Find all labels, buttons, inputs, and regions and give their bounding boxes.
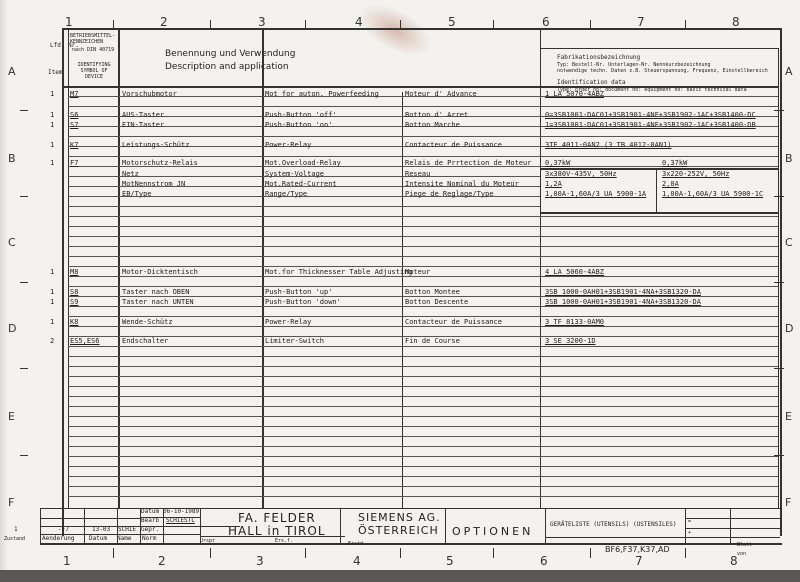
row-identification: 1 LA 5070-4ABZ	[545, 90, 604, 99]
betriebsmittel-header: BETRIEBSMITTEL-KENNZEICHEN	[70, 33, 115, 45]
row-letter-right-C: C	[785, 236, 793, 249]
row-identification-b: 1,00A-1,60A/3 UA 5900-1C	[662, 190, 763, 199]
column-number-7: 7	[637, 15, 645, 29]
tb-ersd: Erstd	[348, 541, 363, 547]
row-description-fr: Moteur d' Advance	[405, 90, 477, 99]
row-description-en: Push-Button 'off'	[265, 111, 337, 120]
row-qty: 1	[50, 90, 54, 99]
tb-eq: =	[688, 519, 691, 525]
row-identification-a: 1,00A-1,60A/3 UA 5900-1A	[545, 190, 646, 199]
column-number-6: 6	[542, 15, 550, 29]
optionen-label: OPTIONEN	[452, 525, 533, 538]
fab-title: Fabrikationsbezeichnung	[557, 55, 640, 61]
column-number-bottom-1: 1	[63, 554, 71, 568]
title-de: Benennung und Verwendung	[165, 49, 295, 59]
row-description-fr: Fin de Course	[405, 337, 460, 346]
row-description-fr: Relais de Prrtection de Moteur	[405, 159, 531, 168]
tb-norm: Norm	[142, 535, 156, 542]
row-identification: 1=3SB1001-DAC01+3SB1901-4NF+3SB1902-1AC+…	[545, 121, 756, 130]
row-description-fr: Moteur	[405, 268, 430, 277]
row-letter-A: A	[8, 65, 16, 78]
row-description-fr: Contacteur de Puissance	[405, 141, 502, 150]
siemens-name: SIEMENS AG.	[358, 511, 441, 524]
row-identification-a: 0,37kW	[545, 159, 570, 168]
row-identification: 3SB 1000-0AH01+3SB1901-4NA+3SB1320-DA	[545, 298, 701, 307]
tb-name-val: SCHIE	[118, 526, 136, 533]
tb-bearb-lbl: Bearb	[141, 517, 159, 524]
tb-name: Name	[117, 535, 131, 542]
column-number-bottom-5: 5	[446, 554, 454, 568]
row-identification-b: 2,0A	[662, 180, 679, 189]
row-symbol: S7	[70, 121, 78, 130]
row-letter-right-A: A	[785, 65, 793, 78]
tb-plus: +	[688, 530, 691, 536]
row-identification-b: 0,37kW	[662, 159, 687, 168]
row-identification-b: 3x220-252V, 50Hz	[662, 170, 729, 179]
siemens-country: ÖSTERREICH	[358, 524, 439, 537]
row-description-fr: Reseau	[405, 170, 430, 179]
list-title: GERÄTELISTE (UTENSILS) (USTENSILES)	[550, 521, 676, 528]
row-letter-E: E	[8, 410, 15, 423]
tb-bearb-val: SCHIESTL	[166, 517, 195, 524]
tb-blatt: Blatt	[737, 542, 752, 548]
row-letter-C: C	[8, 236, 16, 249]
row-identification-a: 1,2A	[545, 180, 562, 189]
row-identification-a: 3x380V-435V, 50Hz	[545, 170, 617, 179]
item-header: Item	[48, 69, 62, 76]
row-description-de: EB/Type	[122, 190, 152, 199]
column-number-3: 3	[258, 15, 266, 29]
row-identification: 3TF 4011-0AN2 (3 TB 4012-0AN1)	[545, 141, 671, 150]
tb-datum: Datum	[89, 535, 107, 542]
row-qty: 1	[50, 111, 54, 120]
row-description-en: Mot.Overload-Relay	[265, 159, 341, 168]
row-description-fr: Botton d' Arret	[405, 111, 468, 120]
row-symbol: F7	[70, 159, 78, 168]
row-description-de: Taster nach OBEN	[122, 288, 189, 297]
column-number-5: 5	[448, 15, 456, 29]
row-description-en: Mot.for Thicknesser Table Adjusting	[265, 268, 413, 277]
column-number-8: 8	[732, 15, 740, 29]
scanner-border	[0, 570, 800, 582]
row-identification: 3 TF 8133-0AM0	[545, 318, 604, 327]
row-letter-F: F	[8, 496, 14, 509]
tb-aenderung-val: -F7	[58, 526, 69, 533]
row-description-en: Push-Button 'down'	[265, 298, 341, 307]
row-description-fr: Piege de Reglage/Type	[405, 190, 494, 199]
tb-aenderung: Aenderung	[42, 535, 75, 542]
row-description-de: Leistungs-Schütz	[122, 141, 189, 150]
row-qty: 1	[50, 288, 54, 297]
row-symbol: M7	[70, 90, 78, 99]
row-letter-D: D	[8, 322, 16, 335]
row-description-de: Vorschubmotor	[122, 90, 177, 99]
row-description-fr: Botton Montee	[405, 288, 460, 297]
row-qty: 1	[50, 318, 54, 327]
row-description-fr: Contacteur de Puissance	[405, 318, 502, 327]
column-number-2: 2	[160, 15, 168, 29]
row-description-en: Power-Relay	[265, 318, 311, 327]
fab-line-2: notwendige techn. Daten z.B. Steuerspann…	[557, 68, 768, 74]
row-qty: 1	[50, 298, 54, 307]
tb-zustand-val: 1	[14, 526, 18, 533]
column-number-4: 4	[355, 15, 363, 29]
row-description-de: Endschalter	[122, 337, 168, 346]
row-description-en: Mot.Rated-Current	[265, 180, 337, 189]
row-description-fr: Botton Marche	[405, 121, 460, 130]
din-header: nach DIN 40719	[72, 47, 114, 53]
row-letter-right-F: F	[785, 496, 791, 509]
tb-zustand: Zustand	[4, 536, 25, 542]
drawing-number: BF6,F37,K37,AD	[605, 545, 670, 554]
row-description-en: Limiter-Switch	[265, 337, 324, 346]
row-letter-right-E: E	[785, 410, 792, 423]
tb-von: von	[737, 551, 746, 557]
company-name: FA. FELDER	[238, 511, 316, 525]
column-number-bottom-8: 8	[730, 554, 738, 568]
identifying-header: IDENTIFYING SYMBOL OF DEVICE	[72, 62, 116, 80]
tb-datum-date: 06-10-1989	[163, 508, 199, 515]
row-letter-right-D: D	[785, 322, 793, 335]
row-description-en: System-Voltage	[265, 170, 324, 179]
row-symbol: S9	[70, 298, 78, 307]
row-symbol: K8	[70, 318, 78, 327]
row-description-de: MotNennstrom JN	[122, 180, 185, 189]
tb-gepr-lbl: Gepr.	[141, 526, 159, 533]
row-description-de: EIN-Taster	[122, 121, 164, 130]
row-symbol: S6	[70, 111, 78, 120]
row-identification: 3 SE 3200-1D	[545, 337, 596, 346]
row-description-en: Mot for auton. Powerfeeding	[265, 90, 379, 99]
column-number-bottom-3: 3	[256, 554, 264, 568]
row-description-en: Push-Button 'up'	[265, 288, 332, 297]
row-description-de: Motorschutz-Relais	[122, 159, 198, 168]
column-number-1: 1	[65, 15, 73, 29]
tb-urspr: Urspr	[200, 538, 215, 544]
tb-datum-val: 13-03	[92, 526, 110, 533]
column-number-bottom-6: 6	[540, 554, 548, 568]
scan-edge	[0, 0, 8, 570]
row-identification: 0=3SB1001-DAC01+3SB1901-4NF+3SB1902-1AC+…	[545, 111, 756, 120]
row-description-en: Range/Type	[265, 190, 307, 199]
row-description-fr: Botton Descente	[405, 298, 468, 307]
tb-ersf: Ers.f.	[275, 538, 293, 544]
row-description-de: Taster nach UNTEN	[122, 298, 194, 307]
row-identification: 3SB 1000-0AH01+3SB1901-4NA+3SB1320-DA	[545, 288, 701, 297]
column-number-bottom-4: 4	[353, 554, 361, 568]
row-description-en: Push-Button 'on'	[265, 121, 332, 130]
row-symbol: S8	[70, 288, 78, 297]
row-symbol: K7	[70, 141, 78, 150]
row-qty: 2	[50, 337, 54, 346]
id-title: Identification data	[557, 79, 626, 86]
row-description-en: Power-Relay	[265, 141, 311, 150]
row-description-de: Netz	[122, 170, 139, 179]
title-en: Description and application	[165, 62, 289, 72]
row-qty: 1	[50, 159, 54, 168]
row-letter-B: B	[8, 152, 16, 165]
row-symbol: ES5,ES6	[70, 337, 100, 346]
tb-datum-lbl: Datum	[141, 508, 159, 515]
row-symbol: M8	[70, 268, 78, 277]
column-number-bottom-7: 7	[635, 554, 643, 568]
row-description-de: Motor-Dicktentisch	[122, 268, 198, 277]
column-number-bottom-2: 2	[158, 554, 166, 568]
row-qty: 1	[50, 121, 54, 130]
row-description-de: AUS-Taster	[122, 111, 164, 120]
row-identification: 4 LA 5060-4ABZ	[545, 268, 604, 277]
row-letter-right-B: B	[785, 152, 793, 165]
row-description-fr: Intensite Nominal du Moteur	[405, 180, 519, 189]
row-description-de: Wende-Schütz	[122, 318, 173, 327]
row-qty: 1	[50, 268, 54, 277]
row-qty: 1	[50, 141, 54, 150]
